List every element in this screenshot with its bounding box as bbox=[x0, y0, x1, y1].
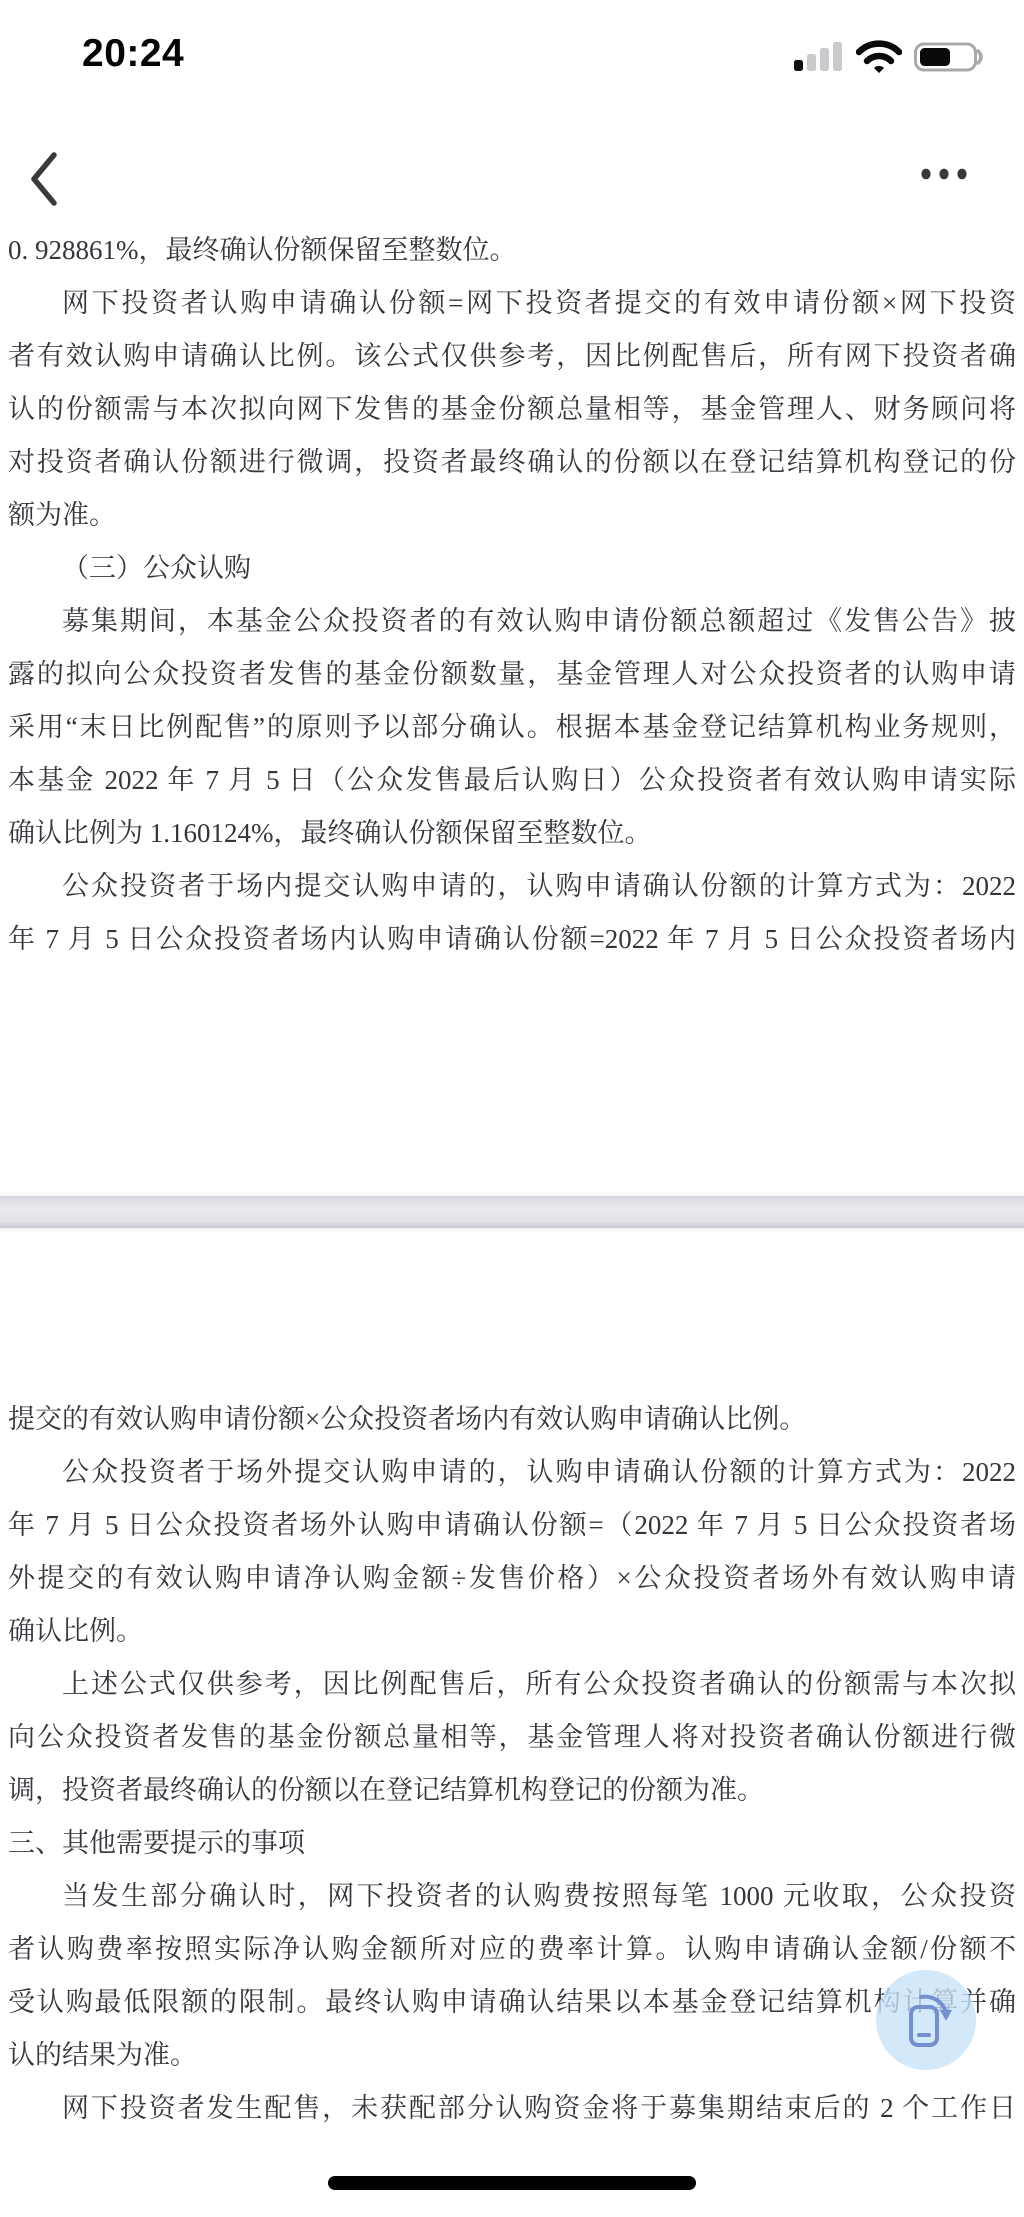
doc-line: 年 7 月 5 日公众投资者场外认购申请确认份额=（2022 年 7 月 5 日… bbox=[8, 1499, 1016, 1552]
doc-line: 公众投资者于场外提交认购申请的，认购申请确认份额的计算方式为：2022 bbox=[8, 1446, 1016, 1499]
rotate-phone-icon bbox=[894, 1986, 958, 2055]
doc-line: 者认购费率按照实际净认购金额所对应的费率计算。认购申请确认金额/份额不 bbox=[8, 1923, 1016, 1976]
doc-line: 募集期间，本基金公众投资者的有效认购申请份额总额超过《发售公告》披 bbox=[8, 595, 1016, 648]
doc-line: 露的拟向公众投资者发售的基金份额数量，基金管理人对公众投资者的认购申请 bbox=[8, 648, 1016, 701]
more-options-button[interactable] bbox=[918, 166, 974, 190]
doc-line: 上述公式仅供参考，因比例配售后，所有公众投资者确认的份额需与本次拟 bbox=[8, 1658, 1016, 1711]
doc-line: 确认比例。 bbox=[8, 1605, 1016, 1658]
doc-line: 本基金 2022 年 7 月 5 日（公众发售最后认购日）公众投资者有效认购申请… bbox=[8, 754, 1016, 807]
doc-line: 确认比例为 1.160124%，最终确认份额保留至整数位。 bbox=[8, 807, 1016, 860]
status-icons bbox=[794, 42, 984, 76]
doc-line: 网下投资者认购申请确认份额=网下投资者提交的有效申请份额×网下投资 bbox=[8, 277, 1016, 330]
doc-line: 者有效认购申请确认比例。该公式仅供参考，因比例配售后，所有网下投资者确 bbox=[8, 330, 1016, 383]
back-button[interactable] bbox=[26, 150, 66, 210]
doc-line: 向公众投资者发售的基金份额总量相等，基金管理人将对投资者确认份额进行微 bbox=[8, 1711, 1016, 1764]
doc-line: 对投资者确认份额进行微调，投资者最终确认的份额以在登记结算机构登记的份 bbox=[8, 436, 1016, 489]
chevron-left-icon bbox=[26, 195, 62, 212]
screen: 20:24 bbox=[0, 0, 1024, 2217]
doc-line: 年 7 月 5 日公众投资者场内认购申请确认份额=2022 年 7 月 5 日公… bbox=[8, 913, 1016, 966]
signal-icon bbox=[794, 41, 844, 78]
doc-line: 额为准。 bbox=[8, 489, 1016, 542]
doc-line: 认的结果为准。 bbox=[8, 2029, 1016, 2082]
doc-line: （三）公众认购 bbox=[8, 542, 1016, 595]
battery-icon bbox=[914, 41, 984, 78]
doc-line: 调，投资者最终确认的份额以在登记结算机构登记的份额为准。 bbox=[8, 1764, 1016, 1817]
wifi-icon bbox=[856, 40, 902, 78]
document-page-1: 0. 928861%，最终确认份额保留至整数位。网下投资者认购申请确认份额=网下… bbox=[8, 224, 1016, 966]
doc-line: 认的份额需与本次拟向网下发售的基金份额总量相等，基金管理人、财务顾问将 bbox=[8, 383, 1016, 436]
doc-line: 外提交的有效认购申请净认购金额÷发售价格）×公众投资者场外有效认购申请 bbox=[8, 1552, 1016, 1605]
nav-bar bbox=[0, 146, 1024, 216]
status-time: 20:24 bbox=[82, 32, 184, 76]
doc-line: 受认购最低限额的限制。最终认购申请确认结果以本基金登记结算机构计算并确 bbox=[8, 1976, 1016, 2029]
document-page-2: 提交的有效认购申请份额×公众投资者场内有效认购申请确认比例。公众投资者于场外提交… bbox=[8, 1393, 1016, 2135]
rotate-screen-button[interactable] bbox=[876, 1970, 976, 2070]
doc-line: 三、其他需要提示的事项 bbox=[8, 1817, 1016, 1870]
status-bar: 20:24 bbox=[0, 28, 1024, 80]
doc-line: 网下投资者发生配售，未获配部分认购资金将于募集期结束后的 2 个工作日 bbox=[8, 2082, 1016, 2135]
doc-line: 采用“末日比例配售”的原则予以部分确认。根据本基金登记结算机构业务规则， bbox=[8, 701, 1016, 754]
ellipsis-icon bbox=[918, 169, 974, 186]
doc-line: 当发生部分确认时，网下投资者的认购费按照每笔 1000 元收取，公众投资 bbox=[8, 1870, 1016, 1923]
home-indicator[interactable] bbox=[328, 2176, 696, 2190]
doc-line: 公众投资者于场内提交认购申请的，认购申请确认份额的计算方式为：2022 bbox=[8, 860, 1016, 913]
doc-line: 0. 928861%，最终确认份额保留至整数位。 bbox=[8, 224, 1016, 277]
doc-line: 提交的有效认购申请份额×公众投资者场内有效认购申请确认比例。 bbox=[8, 1393, 1016, 1446]
page-separator bbox=[0, 1196, 1024, 1228]
